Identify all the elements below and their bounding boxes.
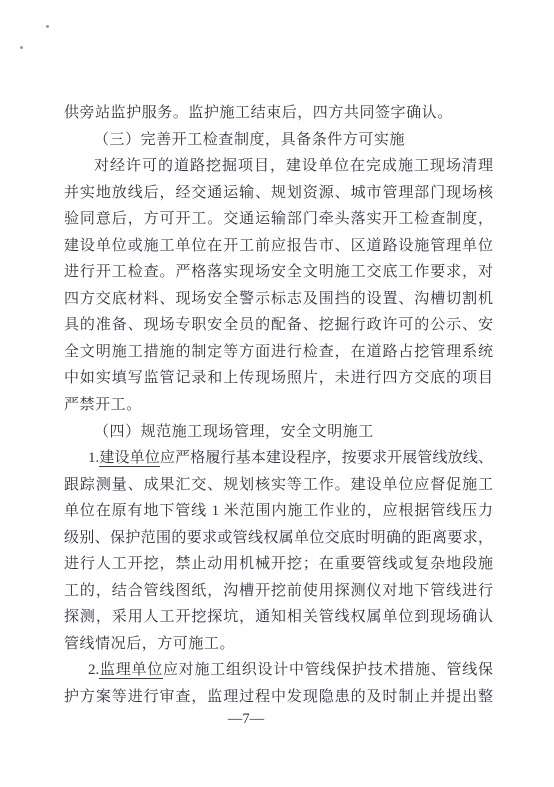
text-line: 全文明施工措施的制定等方面进行检查，在道路占挖管理系统 — [64, 339, 493, 366]
list-number: 2. — [88, 662, 99, 678]
paragraph-line: 1.建设单位应严格履行基本建设程序，按要求开展管线放线、 — [64, 445, 493, 472]
text-line: 四方交底材料、现场安全警示标志及围挡的设置、沟槽切割机 — [64, 286, 493, 313]
section-heading: （三）完善开工检查制度，具备条件方可实施 — [64, 127, 493, 154]
document-body: 供旁站监护服务。监护施工结束后，四方共同签字确认。 （三）完善开工检查制度，具备… — [64, 100, 493, 711]
text-line: 工的，结合管线图纸，沟槽开挖前使用探测仪对地下管线进行 — [64, 578, 493, 605]
list-number: 1. — [88, 450, 99, 466]
text-line: 建设单位或施工单位在开工前应报告市、区道路设施管理单位 — [64, 233, 493, 260]
scan-speck — [20, 46, 23, 49]
text-segment: 应对施工组织设计中管线保护技术措施、管线保 — [163, 662, 493, 678]
text-line: 护方案等进行审查，监理过程中发现隐患的及时制止并提出整 — [64, 684, 493, 711]
text-segment: 应严格履行基本建设程序，按要求开展管线放线、 — [160, 450, 493, 466]
document-page: 供旁站监护服务。监护施工结束后，四方共同签字确认。 （三）完善开工检查制度，具备… — [0, 0, 554, 787]
text-line: 管线情况后，方可施工。 — [64, 631, 493, 658]
underlined-term: 监理单位 — [99, 662, 163, 679]
text-line: 级别、保护范围的要求或管线权属单位交底时明确的距离要求， — [64, 525, 493, 552]
page-number: —7— — [0, 708, 492, 730]
paragraph-line: 2.监理单位应对施工组织设计中管线保护技术措施、管线保 — [64, 657, 493, 684]
text-line: 进行人工开挖，禁止动用机械开挖；在重要管线或复杂地段施 — [64, 551, 493, 578]
text-line: 严禁开工。 — [64, 392, 493, 419]
text-line: 进行开工检查。严格落实现场安全文明施工交底工作要求，对 — [64, 259, 493, 286]
text-line: 验同意后，方可开工。交通运输部门牵头落实开工检查制度， — [64, 206, 493, 233]
scan-speck — [46, 25, 49, 28]
text-line: 具的准备、现场专职安全员的配备、挖掘行政许可的公示、安 — [64, 312, 493, 339]
text-line: 对经许可的道路挖掘项目，建设单位在完成施工现场清理 — [64, 153, 493, 180]
text-line: 并实地放线后，经交通运输、规划资源、城市管理部门现场核 — [64, 180, 493, 207]
text-line: 中如实填写监管记录和上传现场照片，未进行四方交底的项目 — [64, 365, 493, 392]
text-line: 探测，采用人工开挖探坑，通知相关管线权属单位到现场确认 — [64, 604, 493, 631]
text-line: 单位在原有地下管线 1 米范围内施工作业的，应根据管线压力 — [64, 498, 493, 525]
text-line: 供旁站监护服务。监护施工结束后，四方共同签字确认。 — [64, 100, 493, 127]
section-heading: （四）规范施工现场管理，安全文明施工 — [64, 419, 493, 446]
underlined-term: 建设单位 — [99, 450, 160, 467]
text-line: 跟踪测量、成果汇交、规划核实等工作。建设单位应督促施工 — [64, 472, 493, 499]
